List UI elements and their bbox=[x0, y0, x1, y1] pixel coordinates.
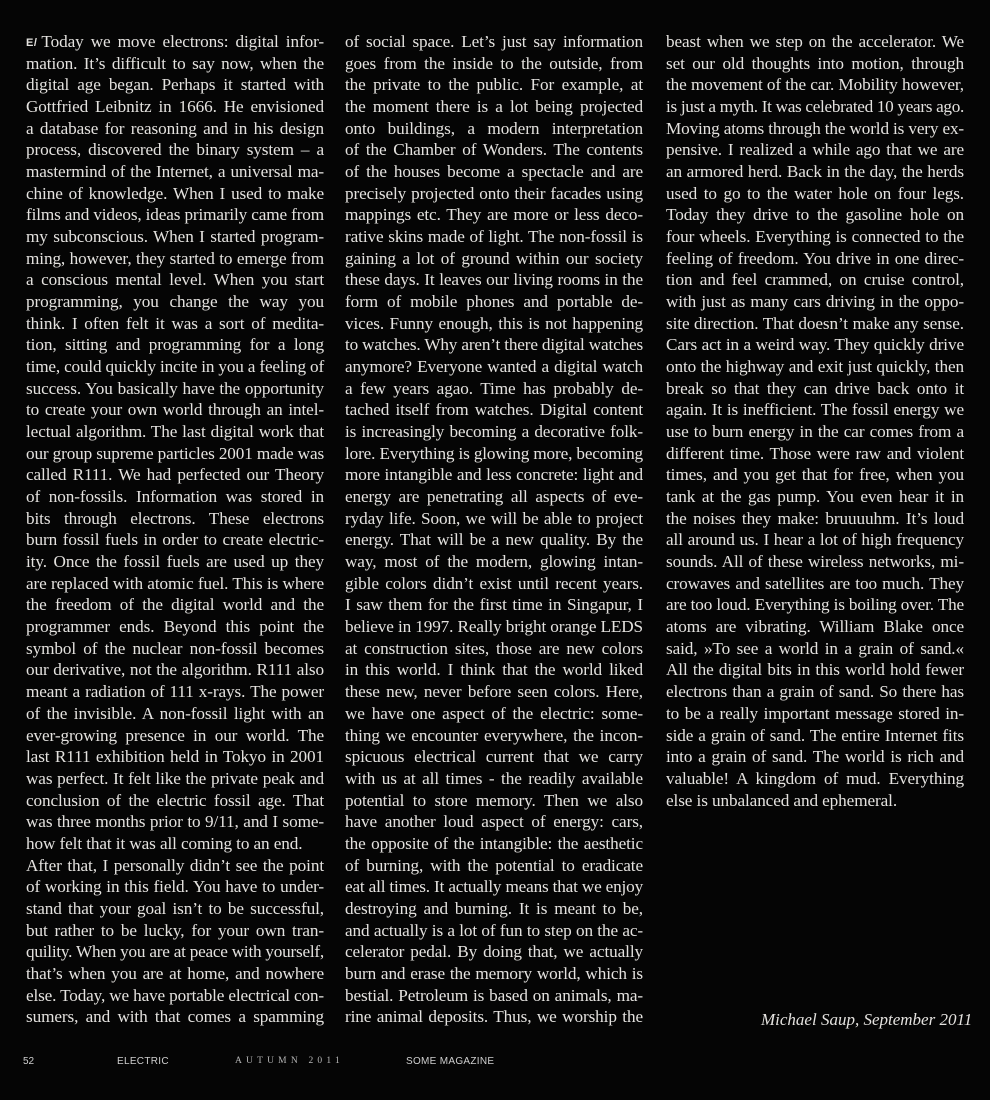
text-line-content: digital age began. Perhaps it started wi… bbox=[26, 75, 324, 94]
text-line: have another loud aspect of energy: cars… bbox=[345, 811, 643, 833]
text-line: these days. It leaves our living rooms i… bbox=[345, 269, 643, 291]
text-line: of working in this field. You have to un… bbox=[26, 876, 324, 898]
text-line-content: electrons than a grain of sand. So there… bbox=[666, 682, 964, 701]
text-line-content: conclusion of the electric fossil age. T… bbox=[26, 791, 324, 810]
text-line-content: that’s when you are at home, and nowhere bbox=[26, 964, 324, 983]
text-line: lectual algorithm. The last digital work… bbox=[26, 421, 324, 443]
text-line-content: and actually is a lot of fun to step on … bbox=[345, 921, 643, 940]
text-line-content: crowaves and satellites are too much. Th… bbox=[666, 574, 964, 593]
text-line: gaining a lot of ground within our socie… bbox=[345, 248, 643, 270]
text-line-content: sounds. All of these wireless networks, … bbox=[666, 552, 964, 571]
text-line: how felt that it was all coming to an en… bbox=[26, 833, 324, 855]
text-line-content: lectual algorithm. The last digital work… bbox=[26, 422, 324, 441]
text-line: rine animal deposits. Thus, we worship t… bbox=[345, 1006, 643, 1028]
text-line: the freedom of the digital world and the bbox=[26, 594, 324, 616]
text-line: bestial. Petroleum is based on animals, … bbox=[345, 985, 643, 1007]
text-line: programming, you change the way you bbox=[26, 291, 324, 313]
text-line: said, »To see a world in a grain of sand… bbox=[666, 638, 964, 660]
text-line: tank at the gas pump. You even hear it i… bbox=[666, 486, 964, 508]
text-line-content: Gottfried Leibnitz in 1666. He envisione… bbox=[26, 97, 324, 116]
text-line-content: ming, however, they started to emerge fr… bbox=[26, 249, 324, 268]
text-line: programmer ends. Beyond this point the bbox=[26, 616, 324, 638]
text-line-content: programmer ends. Beyond this point the bbox=[26, 617, 324, 636]
text-line: lore. Everything is glowing more, becomi… bbox=[345, 443, 643, 465]
text-line: Gottfried Leibnitz in 1666. He envisione… bbox=[26, 96, 324, 118]
text-line: the private to the public. For example, … bbox=[345, 74, 643, 96]
text-line: vices. Funny enough, this is not happeni… bbox=[345, 313, 643, 335]
text-line: ever-growing presence in our world. The bbox=[26, 725, 324, 747]
text-line: our group supreme particles 2001 made wa… bbox=[26, 443, 324, 465]
text-line: process, discovered the binary system – … bbox=[26, 139, 324, 161]
text-line: feeling of freedom. You drive in one dir… bbox=[666, 248, 964, 270]
text-line: these new, never before seen colors. Her… bbox=[345, 681, 643, 703]
text-line-content: of the invisible. A non-fossil light wit… bbox=[26, 704, 324, 723]
text-line: potential to store memory. Then we also bbox=[345, 790, 643, 812]
text-line: more intangible and less concrete: light… bbox=[345, 464, 643, 486]
text-line-content: into a grain of sand. The world is rich … bbox=[666, 747, 964, 766]
text-line: and actually is a lot of fun to step on … bbox=[345, 920, 643, 942]
text-line-content: the opposite of the intangible: the aest… bbox=[345, 834, 643, 853]
text-line-content: pensive. I realized a while ago that we … bbox=[666, 140, 964, 159]
text-line: all around us. I hear a lot of high freq… bbox=[666, 529, 964, 551]
text-line: that’s when you are at home, and nowhere bbox=[26, 963, 324, 985]
text-line-content: more intangible and less concrete: light… bbox=[345, 465, 643, 484]
text-line-content: valuable! A kingdom of mud. Everything bbox=[666, 769, 964, 788]
text-line: tached itself from watches. Digital cont… bbox=[345, 399, 643, 421]
text-line-content: the private to the public. For example, … bbox=[345, 75, 643, 94]
text-line-content: ity. Once the fossil fuels are used up t… bbox=[26, 552, 324, 571]
text-line: spicuous electrical current that we carr… bbox=[345, 746, 643, 768]
magazine-page: E/Today we move electrons: digital infor… bbox=[0, 0, 990, 1100]
issue-label: AUTUMN 2011 bbox=[235, 1056, 344, 1066]
text-line: at construction sites, those are new col… bbox=[345, 638, 643, 660]
text-line: think. I often felt it was a sort of med… bbox=[26, 313, 324, 335]
text-line-content: the freedom of the digital world and the bbox=[26, 595, 324, 614]
text-line-content: precisely projected onto their facades u… bbox=[345, 184, 643, 203]
article-column-2: of social space. Let’s just say informat… bbox=[345, 31, 643, 1028]
text-line: else. Today, we have portable electrical… bbox=[26, 985, 324, 1007]
text-line: eat all times. It actually means that we… bbox=[345, 876, 643, 898]
text-line-content: programming, you change the way you bbox=[26, 292, 324, 311]
text-line-content: symbol of the nuclear non-fossil becomes bbox=[26, 639, 324, 658]
text-line-content: of the Chamber of Wonders. The contents bbox=[345, 140, 643, 159]
text-line-content: four wheels. Everything is connected to … bbox=[666, 227, 964, 246]
text-line-content: a few years agao. Time has probably de- bbox=[345, 379, 643, 398]
text-line: with just as many cars driving in the op… bbox=[666, 291, 964, 313]
text-line-content: anymore? Everyone wanted a digital watch bbox=[345, 357, 643, 376]
text-line-content: All the digital bits in this world hold … bbox=[666, 660, 964, 679]
text-line-content: are too loud. Everything is boiling over… bbox=[666, 595, 964, 614]
text-line-content: to watches. Why aren’t there digital wat… bbox=[345, 335, 643, 354]
text-line: is just a myth. It was celebrated 10 yea… bbox=[666, 96, 964, 118]
text-line: After that, I personally didn’t see the … bbox=[26, 855, 324, 877]
text-line: a conscious mental level. When you start bbox=[26, 269, 324, 291]
text-line: ryday life. Soon, we will be able to pro… bbox=[345, 508, 643, 530]
text-line-content: a database for reasoning and in his desi… bbox=[26, 119, 324, 138]
text-line: to watches. Why aren’t there digital wat… bbox=[345, 334, 643, 356]
text-line-content: mation. It’s difficult to say now, when … bbox=[26, 54, 324, 73]
text-line-content: films and videos, ideas primarily came f… bbox=[26, 205, 324, 224]
text-line: was perfect. It felt like the private pe… bbox=[26, 768, 324, 790]
text-line: of burning, with the potential to eradic… bbox=[345, 855, 643, 877]
text-line: time, could quickly incite in you a feel… bbox=[26, 356, 324, 378]
text-line-content: vices. Funny enough, this is not happeni… bbox=[345, 314, 643, 333]
text-line: form of mobile phones and portable de- bbox=[345, 291, 643, 313]
text-line-content: I saw them for the first time in Singapu… bbox=[345, 595, 643, 614]
text-line: of the houses become a spectacle and are bbox=[345, 161, 643, 183]
text-line: films and videos, ideas primarily came f… bbox=[26, 204, 324, 226]
text-line: destroying and burning. It is meant to b… bbox=[345, 898, 643, 920]
text-line: the noises they make: bruuuuhm. It’s lou… bbox=[666, 508, 964, 530]
text-line-content: stand that your goal isn’t to be success… bbox=[26, 899, 324, 918]
text-line-content: gible colors didn’t exist until recent y… bbox=[345, 574, 643, 593]
text-line: a few years agao. Time has probably de- bbox=[345, 378, 643, 400]
text-line-content: believe in 1997. Really bright orange LE… bbox=[345, 617, 643, 636]
text-line-content: else. Today, we have portable electrical… bbox=[26, 986, 324, 1005]
text-line: of social space. Let’s just say informat… bbox=[345, 31, 643, 53]
text-line: chine of knowledge. When I used to make bbox=[26, 183, 324, 205]
text-line: burn and erase the memory world, which i… bbox=[345, 963, 643, 985]
text-line: we have one aspect of the electric: some… bbox=[345, 703, 643, 725]
text-line-content: Cars act in a weird way. They quickly dr… bbox=[666, 335, 964, 354]
text-line: onto buildings, a modern interpretation bbox=[345, 118, 643, 140]
text-line-content: process, discovered the binary system – … bbox=[26, 140, 324, 159]
text-line-content: my subconscious. When I started program- bbox=[26, 227, 324, 246]
text-line-content: sumers, and with that comes a spamming bbox=[26, 1007, 324, 1026]
page-footer: 52 ELECTRIC AUTUMN 2011 SOME MAGAZINE bbox=[0, 1056, 990, 1076]
text-line: anymore? Everyone wanted a digital watch bbox=[345, 356, 643, 378]
text-line-content: how felt that it was all coming to an en… bbox=[26, 834, 302, 853]
text-line: precisely projected onto their facades u… bbox=[345, 183, 643, 205]
text-line-content: times, and you get that for free, when y… bbox=[666, 465, 964, 484]
text-line-content: celerator pedal. By doing that, we actua… bbox=[345, 942, 643, 961]
magazine-name: SOME MAGAZINE bbox=[406, 1056, 494, 1067]
text-line: tion, sitting and programming for a long bbox=[26, 334, 324, 356]
text-line-content: tion, sitting and programming for a long bbox=[26, 335, 324, 354]
text-line-content: is just a myth. It was celebrated 10 yea… bbox=[666, 97, 964, 116]
text-line-content: our group supreme particles 2001 made wa… bbox=[26, 444, 324, 463]
text-line: times, and you get that for free, when y… bbox=[666, 464, 964, 486]
text-line: pensive. I realized a while ago that we … bbox=[666, 139, 964, 161]
text-line-content: but rather to be lucky, for your own tra… bbox=[26, 921, 324, 940]
text-line-content: else is unbalanced and ephemeral. bbox=[666, 791, 897, 810]
text-line-content: different time. Those were raw and viole… bbox=[666, 444, 964, 463]
text-line-content: think. I often felt it was a sort of med… bbox=[26, 314, 324, 333]
text-line: stand that your goal isn’t to be success… bbox=[26, 898, 324, 920]
text-line: in this world. I think that the world li… bbox=[345, 659, 643, 681]
text-line: Cars act in a weird way. They quickly dr… bbox=[666, 334, 964, 356]
text-line: rative skins made of light. The non-foss… bbox=[345, 226, 643, 248]
text-line: last R111 exhibition held in Tokyo in 20… bbox=[26, 746, 324, 768]
text-line-content: again. It is inefficient. The fossil ene… bbox=[666, 400, 964, 419]
text-line-content: success. You basically have the opportun… bbox=[26, 379, 324, 398]
text-line-content: lore. Everything is glowing more, becomi… bbox=[345, 444, 643, 463]
text-line-content: goes from the inside to the outside, fro… bbox=[345, 54, 643, 73]
text-line: valuable! A kingdom of mud. Everything bbox=[666, 768, 964, 790]
text-line-content: of non-fossils. Information was stored i… bbox=[26, 487, 324, 506]
text-line: success. You basically have the opportun… bbox=[26, 378, 324, 400]
text-line-content: these new, never before seen colors. Her… bbox=[345, 682, 643, 701]
text-line-content: of burning, with the potential to eradic… bbox=[345, 856, 643, 875]
text-line-content: feeling of freedom. You drive in one dir… bbox=[666, 249, 964, 268]
text-line-content: set our old thoughts into motion, throug… bbox=[666, 54, 964, 73]
text-line-content: burn and erase the memory world, which i… bbox=[345, 964, 643, 983]
text-line: called R111. We had perfected our Theory bbox=[26, 464, 324, 486]
text-line: quility. When you are at peace with your… bbox=[26, 941, 324, 963]
text-line-content: gaining a lot of ground within our socie… bbox=[345, 249, 643, 268]
text-line: an armored herd. Back in the day, the he… bbox=[666, 161, 964, 183]
text-line: use to burn energy in the car comes from… bbox=[666, 421, 964, 443]
text-line-content: way, most of the modern, glowing intan- bbox=[345, 552, 643, 571]
text-line-content: at construction sites, those are new col… bbox=[345, 639, 643, 658]
text-line: site direction. That doesn’t make any se… bbox=[666, 313, 964, 335]
text-line-content: of the houses become a spectacle and are bbox=[345, 162, 643, 181]
text-line-content: these days. It leaves our living rooms i… bbox=[345, 270, 643, 289]
text-line-content: called R111. We had perfected our Theory bbox=[26, 465, 324, 484]
text-line-content: ever-growing presence in our world. The bbox=[26, 726, 324, 745]
text-line-content: thing we encounter everywhere, the incon… bbox=[345, 726, 643, 745]
text-line: gible colors didn’t exist until recent y… bbox=[345, 573, 643, 595]
text-line: electrons than a grain of sand. So there… bbox=[666, 681, 964, 703]
text-line: our derivative, not the algorithm. R111 … bbox=[26, 659, 324, 681]
text-line: meant a radiation of 111 x-rays. The pow… bbox=[26, 681, 324, 703]
text-line-content: last R111 exhibition held in Tokyo in 20… bbox=[26, 747, 324, 766]
text-line-content: tached itself from watches. Digital cont… bbox=[345, 400, 643, 419]
text-line-content: eat all times. It actually means that we… bbox=[345, 877, 643, 896]
text-line: the moment there is a lot being projecte… bbox=[345, 96, 643, 118]
text-line: Today they drive to the gasoline hole on bbox=[666, 204, 964, 226]
page-number: 52 bbox=[23, 1056, 34, 1067]
text-line: else is unbalanced and ephemeral. bbox=[666, 790, 964, 812]
text-line: ming, however, they started to emerge fr… bbox=[26, 248, 324, 270]
text-line-content: was perfect. It felt like the private pe… bbox=[26, 769, 324, 788]
text-line: sumers, and with that comes a spamming bbox=[26, 1006, 324, 1028]
text-line: are too loud. Everything is boiling over… bbox=[666, 594, 964, 616]
text-line: of non-fossils. Information was stored i… bbox=[26, 486, 324, 508]
text-line-content: of social space. Let’s just say informat… bbox=[345, 32, 643, 51]
article-column-1: E/Today we move electrons: digital infor… bbox=[26, 31, 324, 1028]
text-line: atoms are vibrating. William Blake once bbox=[666, 616, 964, 638]
text-line: burn fossil fuels in order to create ele… bbox=[26, 529, 324, 551]
text-line-content: of working in this field. You have to un… bbox=[26, 877, 324, 896]
text-line-content: Today they drive to the gasoline hole on bbox=[666, 205, 964, 224]
text-line-content: side a grain of sand. The entire Interne… bbox=[666, 726, 964, 745]
text-line: energy are penetrating all aspects of ev… bbox=[345, 486, 643, 508]
text-line: break so that they can drive back onto i… bbox=[666, 378, 964, 400]
text-line-content: are replaced with atomic fuel. This is w… bbox=[26, 574, 324, 593]
text-line: four wheels. Everything is connected to … bbox=[666, 226, 964, 248]
text-line-content: time, could quickly incite in you a feel… bbox=[26, 357, 324, 376]
section-title: ELECTRIC bbox=[117, 1056, 169, 1067]
text-line: thing we encounter everywhere, the incon… bbox=[345, 725, 643, 747]
text-line: into a grain of sand. The world is rich … bbox=[666, 746, 964, 768]
text-line-content: to be a really important message stored … bbox=[666, 704, 964, 723]
section-initial-mark: E/ bbox=[26, 37, 37, 49]
text-line-content: onto buildings, a modern interpretation bbox=[345, 119, 643, 138]
text-line-content: spicuous electrical current that we carr… bbox=[345, 747, 643, 766]
text-line: used to go to the water hole on four leg… bbox=[666, 183, 964, 205]
text-line-content: form of mobile phones and portable de- bbox=[345, 292, 643, 311]
text-line: a database for reasoning and in his desi… bbox=[26, 118, 324, 140]
text-line-content: Moving atoms through the world is very e… bbox=[666, 119, 964, 138]
text-line: conclusion of the electric fossil age. T… bbox=[26, 790, 324, 812]
text-line: I saw them for the first time in Singapu… bbox=[345, 594, 643, 616]
text-line-content: have another loud aspect of energy: cars… bbox=[345, 812, 643, 831]
text-line: onto the highway and exit just quickly, … bbox=[666, 356, 964, 378]
text-line-content: our derivative, not the algorithm. R111 … bbox=[26, 660, 324, 679]
text-line-content: was three months prior to 9/11, and I so… bbox=[26, 812, 324, 831]
text-line: side a grain of sand. The entire Interne… bbox=[666, 725, 964, 747]
text-line: energy. That will be a new quality. By t… bbox=[345, 529, 643, 551]
text-line: ity. Once the fossil fuels are used up t… bbox=[26, 551, 324, 573]
text-line-content: energy are penetrating all aspects of ev… bbox=[345, 487, 643, 506]
text-line: is increasingly becoming a decorative fo… bbox=[345, 421, 643, 443]
text-line: All the digital bits in this world hold … bbox=[666, 659, 964, 681]
text-line-content: the movement of the car. Mobility howeve… bbox=[666, 75, 964, 94]
text-line: tion and feel crammed, on cruise control… bbox=[666, 269, 964, 291]
text-line: set our old thoughts into motion, throug… bbox=[666, 53, 964, 75]
text-line: to create your own world through an inte… bbox=[26, 399, 324, 421]
text-line: again. It is inefficient. The fossil ene… bbox=[666, 399, 964, 421]
text-line-content: used to go to the water hole on four leg… bbox=[666, 184, 964, 203]
text-line: but rather to be lucky, for your own tra… bbox=[26, 920, 324, 942]
text-line-content: we have one aspect of the electric: some… bbox=[345, 704, 643, 723]
text-line-content: Today we move electrons: digital infor- bbox=[41, 32, 324, 51]
text-line-content: tank at the gas pump. You even hear it i… bbox=[666, 487, 964, 506]
text-line: symbol of the nuclear non-fossil becomes bbox=[26, 638, 324, 660]
text-line: of the Chamber of Wonders. The contents bbox=[345, 139, 643, 161]
text-line-content: chine of knowledge. When I used to make bbox=[26, 184, 324, 203]
text-line: are replaced with atomic fuel. This is w… bbox=[26, 573, 324, 595]
text-line-content: said, »To see a world in a grain of sand… bbox=[666, 639, 964, 658]
text-line-content: onto the highway and exit just quickly, … bbox=[666, 357, 964, 376]
text-line: E/Today we move electrons: digital infor… bbox=[26, 31, 324, 53]
text-line-content: to create your own world through an inte… bbox=[26, 400, 324, 419]
text-line-content: with us at all times - the readily avail… bbox=[345, 769, 643, 788]
text-line: beast when we step on the accelerator. W… bbox=[666, 31, 964, 53]
text-line-content: use to burn energy in the car comes from… bbox=[666, 422, 964, 441]
author-signature: Michael Saup, September 2011 bbox=[761, 1010, 972, 1030]
text-line-content: tion and feel crammed, on cruise control… bbox=[666, 270, 964, 289]
text-line: Moving atoms through the world is very e… bbox=[666, 118, 964, 140]
text-line: to be a really important message stored … bbox=[666, 703, 964, 725]
text-line-content: the noises they make: bruuuuhm. It’s lou… bbox=[666, 509, 964, 528]
text-line-content: is increasingly becoming a decorative fo… bbox=[345, 422, 643, 441]
text-line: with us at all times - the readily avail… bbox=[345, 768, 643, 790]
text-line-content: beast when we step on the accelerator. W… bbox=[666, 32, 964, 51]
text-line-content: ryday life. Soon, we will be able to pro… bbox=[345, 509, 643, 528]
text-line-content: in this world. I think that the world li… bbox=[345, 660, 643, 679]
text-line: goes from the inside to the outside, fro… bbox=[345, 53, 643, 75]
text-line: celerator pedal. By doing that, we actua… bbox=[345, 941, 643, 963]
text-line-content: destroying and burning. It is meant to b… bbox=[345, 899, 643, 918]
text-line: different time. Those were raw and viole… bbox=[666, 443, 964, 465]
text-line: sounds. All of these wireless networks, … bbox=[666, 551, 964, 573]
text-line-content: with just as many cars driving in the op… bbox=[666, 292, 964, 311]
text-line: my subconscious. When I started program- bbox=[26, 226, 324, 248]
text-line: believe in 1997. Really bright orange LE… bbox=[345, 616, 643, 638]
text-line-content: all around us. I hear a lot of high freq… bbox=[666, 530, 964, 549]
text-line: bits through electrons. These electrons bbox=[26, 508, 324, 530]
text-line-content: site direction. That doesn’t make any se… bbox=[666, 314, 964, 333]
text-line-content: the moment there is a lot being projecte… bbox=[345, 97, 643, 116]
text-line-content: energy. That will be a new quality. By t… bbox=[345, 530, 643, 549]
text-line: the movement of the car. Mobility howeve… bbox=[666, 74, 964, 96]
text-line: the opposite of the intangible: the aest… bbox=[345, 833, 643, 855]
text-line-content: meant a radiation of 111 x-rays. The pow… bbox=[26, 682, 324, 701]
article-column-3: beast when we step on the accelerator. W… bbox=[666, 31, 964, 811]
text-line-content: quility. When you are at peace with your… bbox=[26, 942, 324, 961]
text-line-content: break so that they can drive back onto i… bbox=[666, 379, 964, 398]
text-line-content: After that, I personally didn’t see the … bbox=[26, 856, 324, 875]
text-line-content: atoms are vibrating. William Blake once bbox=[666, 617, 964, 636]
text-line: digital age began. Perhaps it started wi… bbox=[26, 74, 324, 96]
text-line: mation. It’s difficult to say now, when … bbox=[26, 53, 324, 75]
text-line-content: a conscious mental level. When you start bbox=[26, 270, 324, 289]
text-line-content: potential to store memory. Then we also bbox=[345, 791, 643, 810]
text-line-content: mastermind of the Internet, a universal … bbox=[26, 162, 324, 181]
text-line: of the invisible. A non-fossil light wit… bbox=[26, 703, 324, 725]
text-line-content: mappings etc. They are more or less deco… bbox=[345, 205, 643, 224]
text-line: was three months prior to 9/11, and I so… bbox=[26, 811, 324, 833]
text-line-content: rative skins made of light. The non-foss… bbox=[345, 227, 643, 246]
text-line: mappings etc. They are more or less deco… bbox=[345, 204, 643, 226]
text-line-content: bestial. Petroleum is based on animals, … bbox=[345, 986, 643, 1005]
text-line: mastermind of the Internet, a universal … bbox=[26, 161, 324, 183]
text-line-content: bits through electrons. These electrons bbox=[26, 509, 324, 528]
text-line: crowaves and satellites are too much. Th… bbox=[666, 573, 964, 595]
text-line: way, most of the modern, glowing intan- bbox=[345, 551, 643, 573]
text-line-content: an armored herd. Back in the day, the he… bbox=[666, 162, 964, 181]
text-line-content: rine animal deposits. Thus, we worship t… bbox=[345, 1007, 643, 1026]
text-line-content: burn fossil fuels in order to create ele… bbox=[26, 530, 324, 549]
